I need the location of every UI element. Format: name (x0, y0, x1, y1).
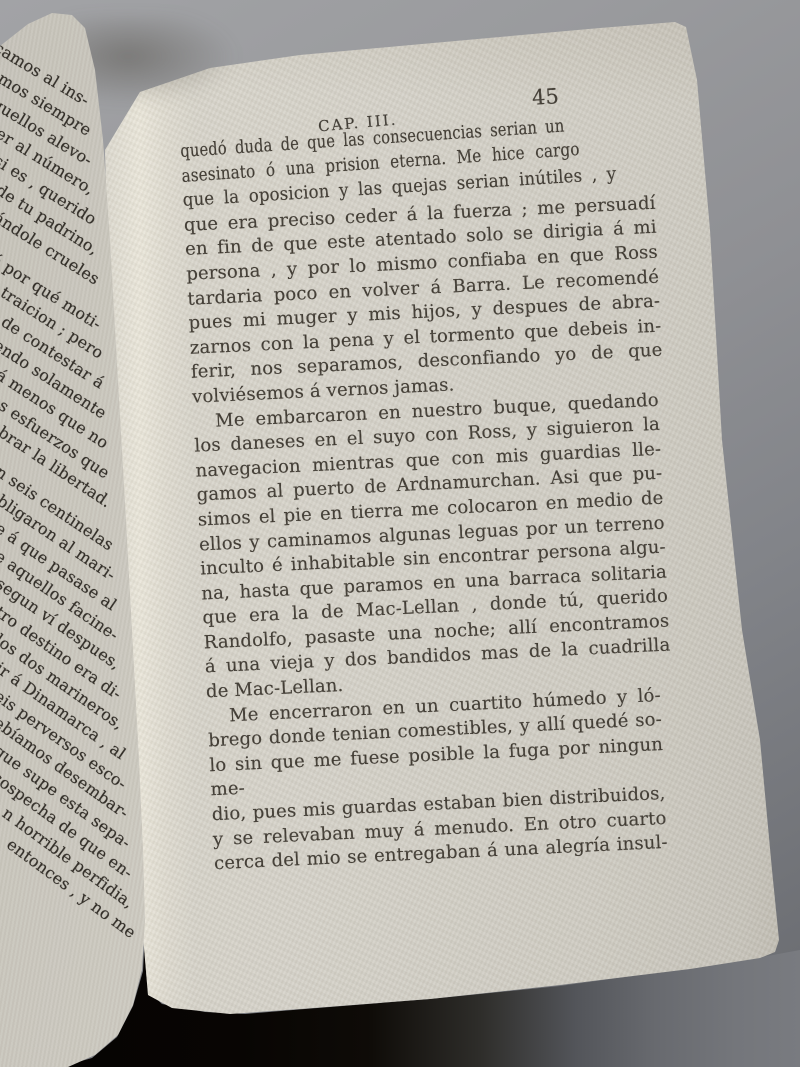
body-text: quedó duda de que las consecuencias seri… (180, 118, 686, 877)
paragraph: Me encerraron en un cuartito húmedo y ló… (207, 684, 669, 877)
paragraph: Me embarcaron en nuestro buque, quedando… (193, 388, 672, 705)
book-photo: 45 CAP. III. quedó duda de que las conse… (0, 0, 800, 1067)
paragraph: quedó duda de que las consecuencias seri… (180, 118, 664, 410)
page-number: 45 (531, 84, 559, 110)
